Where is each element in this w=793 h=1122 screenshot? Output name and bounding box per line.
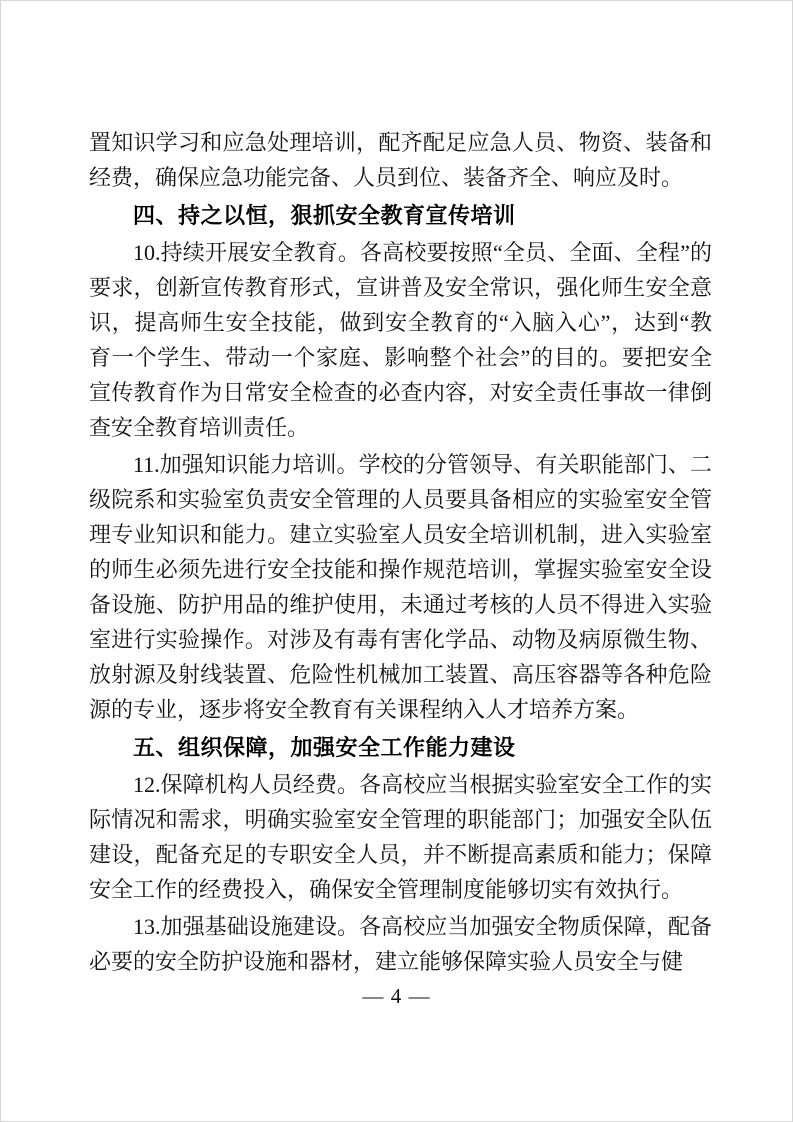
- body-paragraph: 置知识学习和应急处理培训，配齐配足应急人员、物资、装备和经费，确保应急功能完备、…: [89, 125, 712, 195]
- body-paragraph: 10.持续开展安全教育。各高校要按照“全员、全面、全程”的要求，创新宣传教育形式…: [89, 235, 712, 445]
- section-heading: 五、组织保障，加强安全工作能力建设: [89, 730, 712, 765]
- body-paragraph: 11.加强知识能力培训。学校的分管领导、有关职能部门、二级院系和实验室负责安全管…: [89, 447, 712, 727]
- body-paragraph: 12.保障机构人员经费。各高校应当根据实验室安全工作的实际情况和需求，明确实验室…: [89, 767, 712, 907]
- page-number: — 4 —: [1, 984, 792, 1008]
- body-paragraph: 13.加强基础设施建设。各高校应当加强安全物质保障，配备必要的安全防护设施和器材…: [89, 909, 712, 979]
- document-body: 置知识学习和应急处理培训，配齐配足应急人员、物资、装备和经费，确保应急功能完备、…: [89, 125, 712, 979]
- document-page: 置知识学习和应急处理培训，配齐配足应急人员、物资、装备和经费，确保应急功能完备、…: [0, 0, 793, 1122]
- section-heading: 四、持之以恒，狠抓安全教育宣传培训: [89, 198, 712, 233]
